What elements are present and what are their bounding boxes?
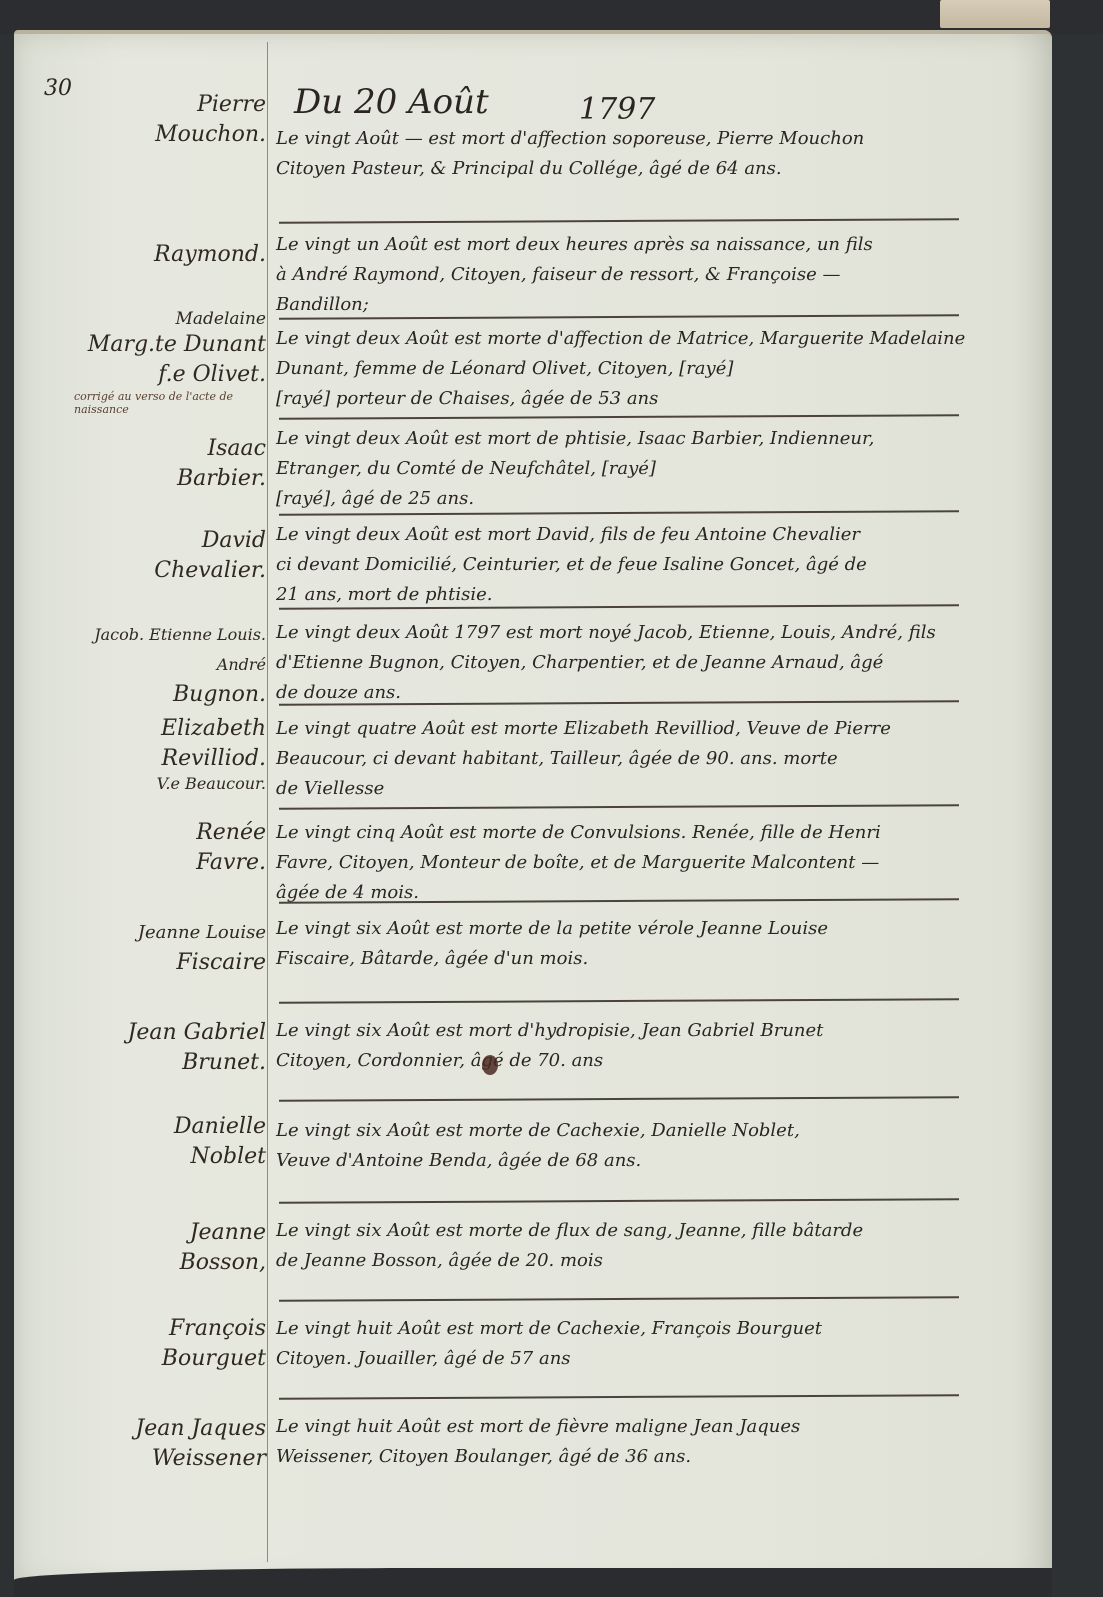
entry-text: Le vingt deux Août est mort de phtisie, … [276, 424, 976, 514]
margin-name: Pierre Mouchon. [44, 90, 266, 150]
entry-text: Le vingt Août — est mort d'affection sop… [276, 124, 976, 184]
margin-name: Isaac Barbier. [44, 434, 266, 494]
entry-divider [279, 218, 959, 224]
margin-correction-note: corrigé au verso de l'acte de naissance [74, 390, 266, 416]
entry-text: Le vingt deux Août 1797 est mort noyé Ja… [276, 618, 976, 708]
margin-name: Raymond. [44, 240, 266, 270]
entry-divider [279, 804, 959, 810]
entry-text: Le vingt cinq Août est morte de Convulsi… [276, 818, 976, 908]
entry-text: Le vingt six Août est morte de flux de s… [276, 1216, 976, 1276]
margin-name: Renée Favre. [44, 818, 266, 878]
entry-text: Le vingt six Août est mort d'hydropisie,… [276, 1016, 976, 1076]
book-cover-top [0, 0, 1103, 34]
register-page: 30 Du 20 Août 1797 Pierre Mouchon. Le vi… [14, 30, 1052, 1584]
entry-divider [279, 414, 959, 420]
entry-divider [279, 1096, 959, 1102]
entry-text: Le vingt six Août est morte de la petite… [276, 914, 976, 974]
entry-text: Le vingt quatre Août est morte Elizabeth… [276, 714, 976, 804]
entry-text: Le vingt huit Août est mort de fièvre ma… [276, 1412, 976, 1472]
margin-name: Madelaine Marg.te Dunant f.e Olivet. cor… [44, 308, 266, 416]
entry-text: Le vingt six Août est morte de Cachexie,… [276, 1116, 976, 1176]
margin-name: Jacob. Etienne Louis. André Bugnon. [44, 620, 266, 710]
margin-name: Jean Gabriel Brunet. [44, 1018, 266, 1078]
entry-divider [279, 1296, 959, 1302]
page-bottom-edge [14, 1568, 1052, 1597]
margin-name: Danielle Noblet [44, 1112, 266, 1172]
page-stack-edge [940, 0, 1050, 28]
header-date: Du 20 Août [294, 82, 489, 122]
entry-divider [279, 1394, 959, 1400]
margin-name: Jeanne Bosson, [44, 1218, 266, 1278]
margin-name: François Bourguet [44, 1314, 266, 1374]
entry-divider [279, 998, 959, 1004]
entry-text: Le vingt deux Août est mort David, fils … [276, 520, 976, 610]
entry-text: Le vingt un Août est mort deux heures ap… [276, 230, 976, 320]
entry-divider [279, 1198, 959, 1204]
margin-name: Jean Jaques Weissener [44, 1414, 266, 1474]
entry-text: Le vingt huit Août est mort de Cachexie,… [276, 1314, 976, 1374]
margin-name: David Chevalier. [44, 526, 266, 586]
header-year: 1797 [579, 92, 655, 127]
margin-rule [267, 42, 268, 1562]
ink-stain [482, 1055, 498, 1075]
entry-text: Le vingt deux Août est morte d'affection… [276, 324, 976, 414]
margin-name: Jeanne Louise Fiscaire [44, 918, 266, 978]
margin-name: Elizabeth Revilliod. V.e Beaucour. [44, 714, 266, 794]
